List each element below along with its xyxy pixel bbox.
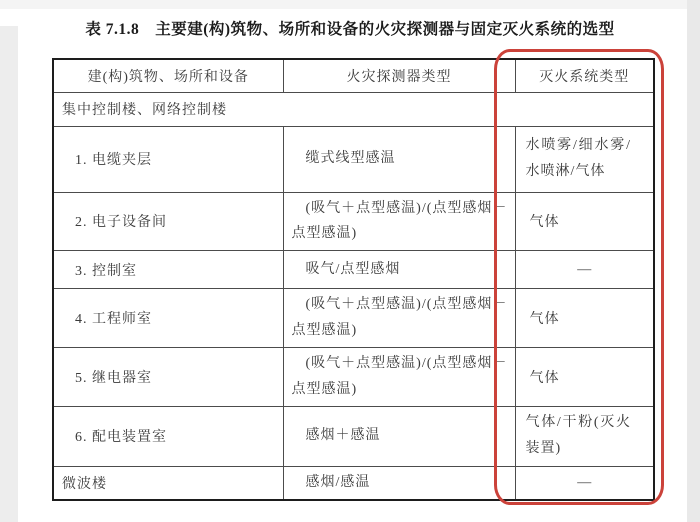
header-row: 建(构)筑物、场所和设备 火灾探测器类型 灭火系统类型: [53, 59, 654, 92]
detector-cell: 感烟＋感温: [283, 406, 515, 466]
page-edge-right: [687, 0, 700, 522]
building-cell: 1. 电缆夹层: [53, 126, 283, 192]
page-edge-left: [0, 26, 18, 522]
section-label: 集中控制楼、网络控制楼: [53, 92, 654, 126]
detector-cell: 缆式线型感温: [283, 126, 515, 192]
system-cell: 水喷雾/细水雾/水喷淋/气体: [515, 126, 654, 192]
table-row: 4. 工程师室 (吸气＋点型感温)/(点型感烟－点型感温) 气体: [53, 289, 654, 348]
table-row: 2. 电子设备间 (吸气＋点型感温)/(点型感烟－点型感温) 气体: [53, 192, 654, 251]
section-row: 集中控制楼、网络控制楼: [53, 92, 654, 126]
building-cell: 微波楼: [53, 466, 283, 499]
header-detector: 火灾探测器类型: [283, 59, 515, 92]
system-cell: —: [515, 466, 654, 499]
detector-cell: 吸气/点型感烟: [283, 251, 515, 289]
detector-cell: (吸气＋点型感温)/(点型感烟－点型感温): [283, 192, 515, 251]
system-cell: 气体: [515, 192, 654, 251]
table-row: 5. 继电器室 (吸气＋点型感温)/(点型感烟－点型感温) 气体: [53, 348, 654, 407]
table-row: 3. 控制室 吸气/点型感烟 —: [53, 251, 654, 289]
header-building: 建(构)筑物、场所和设备: [53, 59, 283, 92]
system-cell: 气体/干粉(灭火装置): [515, 406, 654, 466]
system-cell: —: [515, 251, 654, 289]
building-cell: 3. 控制室: [53, 251, 283, 289]
document-page: 表 7.1.8 主要建(构)筑物、场所和设备的火灾探测器与固定灭火系统的选型 建…: [0, 0, 700, 522]
page-edge-top: [0, 0, 700, 9]
building-cell: 5. 继电器室: [53, 348, 283, 407]
detector-cell: 感烟/感温: [283, 466, 515, 499]
system-cell: 气体: [515, 289, 654, 348]
building-cell: 2. 电子设备间: [53, 192, 283, 251]
detector-cell: (吸气＋点型感温)/(点型感烟－点型感温): [283, 289, 515, 348]
table-row: 1. 电缆夹层 缆式线型感温 水喷雾/细水雾/水喷淋/气体: [53, 126, 654, 192]
selection-table: 建(构)筑物、场所和设备 火灾探测器类型 灭火系统类型 集中控制楼、网络控制楼 …: [52, 58, 655, 501]
detector-cell: (吸气＋点型感温)/(点型感烟－点型感温): [283, 348, 515, 407]
header-system: 灭火系统类型: [515, 59, 654, 92]
table-row: 6. 配电装置室 感烟＋感温 气体/干粉(灭火装置): [53, 406, 654, 466]
table-row: 微波楼 感烟/感温 —: [53, 466, 654, 499]
table-title: 表 7.1.8 主要建(构)筑物、场所和设备的火灾探测器与固定灭火系统的选型: [0, 17, 700, 39]
building-cell: 6. 配电装置室: [53, 406, 283, 466]
building-cell: 4. 工程师室: [53, 289, 283, 348]
system-cell: 气体: [515, 348, 654, 407]
